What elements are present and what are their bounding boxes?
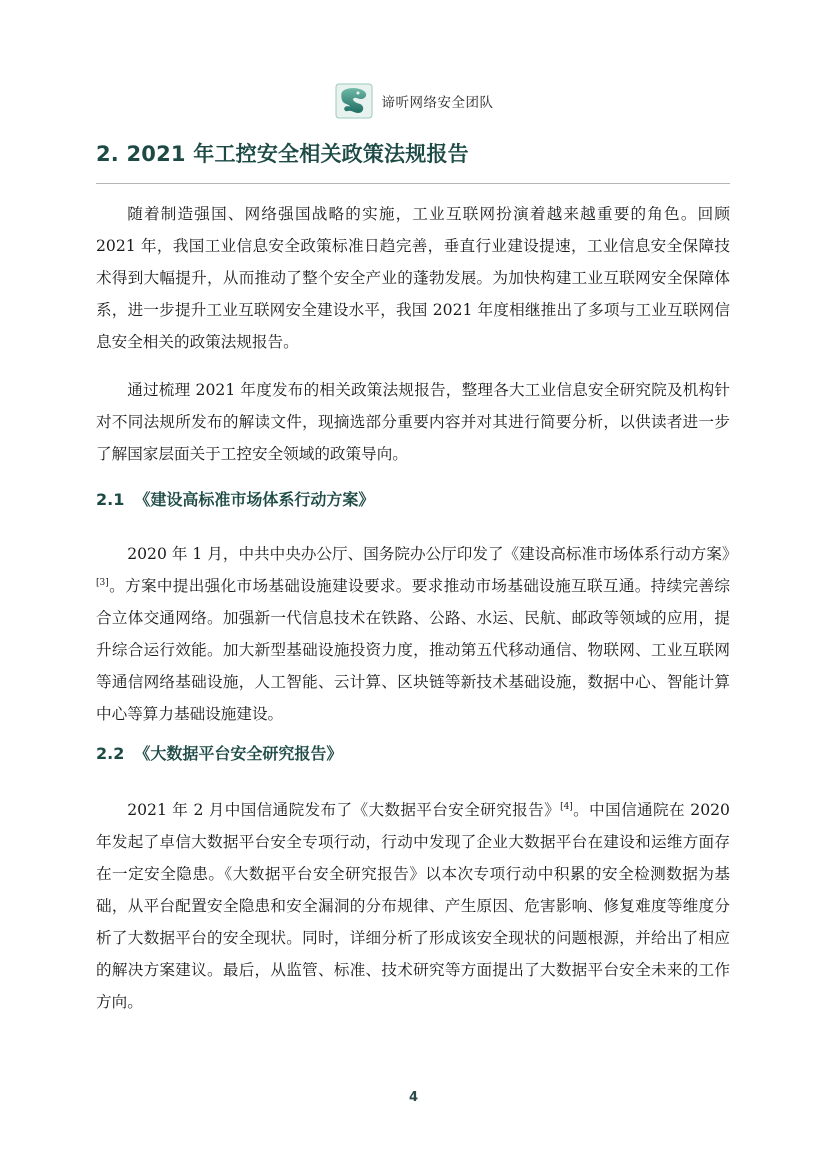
paragraph-text: 。中国信通院在 2020 年发起了卓信大数据平台安全专项行动，行动中发现了企业大… (96, 801, 730, 1011)
title-divider (96, 183, 730, 184)
citation-ref[interactable]: [3] (96, 578, 109, 588)
subsection-title: 《大数据平台安全研究报告》 (134, 744, 342, 763)
intro-paragraph-2: 通过梳理 2021 年度发布的相关政策法规报告，整理各大工业信息安全研究院及机构… (96, 374, 730, 470)
subsection-title: 《建设高标准市场体系行动方案》 (134, 490, 374, 509)
subsection-number: 2.2 (96, 744, 124, 763)
section-title: 2. 2021 年工控安全相关政策法规报告 (96, 138, 469, 168)
citation-ref[interactable]: [4] (560, 802, 573, 812)
subsection-number: 2.1 (96, 490, 124, 509)
brand-name: 谛听网络安全团队 (382, 91, 494, 111)
subsection-heading-2-2: 2.2《大数据平台安全研究报告》 (96, 741, 342, 764)
dragon-logo-icon (334, 82, 374, 120)
page-header: 谛听网络安全团队 (0, 82, 827, 120)
page-number: 4 (0, 1090, 827, 1105)
paragraph-text: 2021 年 2 月中国信通院发布了《大数据平台安全研究报告》 (127, 801, 560, 819)
paragraph-text: 。方案中提出强化市场基础设施建设要求。要求推动市场基础设施互联互通。持续完善综合… (96, 577, 730, 723)
paragraph-text: 2020 年 1 月，中共中央办公厅、国务院办公厅印发了《建设高标准市场体系行动… (127, 545, 737, 563)
subsection-2-1-paragraph: 2020 年 1 月，中共中央办公厅、国务院办公厅印发了《建设高标准市场体系行动… (96, 538, 730, 730)
intro-paragraph-1: 随着制造强国、网络强国战略的实施，工业互联网扮演着越来越重要的角色。回顾 202… (96, 198, 730, 358)
subsection-2-2-paragraph: 2021 年 2 月中国信通院发布了《大数据平台安全研究报告》[4]。中国信通院… (96, 794, 730, 1018)
subsection-heading-2-1: 2.1《建设高标准市场体系行动方案》 (96, 487, 374, 510)
